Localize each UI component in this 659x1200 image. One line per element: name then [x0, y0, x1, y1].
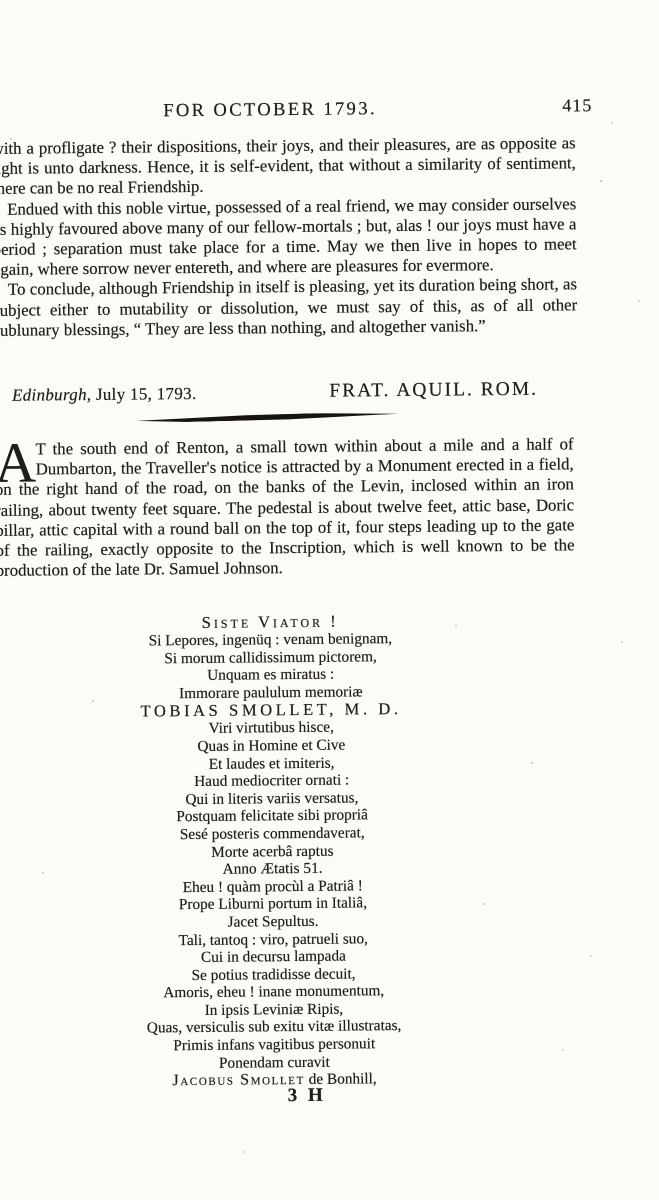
scan-noise — [0, 0, 2, 2]
dateline-date: July 15, 1793. — [91, 384, 196, 404]
author-signature: FRAT. AQUIL. ROM. — [329, 379, 538, 403]
paragraph: with a profligate ? their dispositions, … — [0, 133, 576, 199]
paragraph: To conclude, although Friendship in itse… — [0, 275, 577, 341]
press-signature-mark: 3 H — [1, 1082, 613, 1110]
dateline-place: Edinburgh, — [12, 385, 92, 405]
monument-article: AT the south end of Renton, a small town… — [0, 434, 575, 581]
section-divider-rule — [136, 411, 398, 423]
magazine-page: FOR OCTOBER 1793. 415 with a profligate … — [0, 0, 659, 1200]
article-opening-text: T the south end of Renton, a small town … — [0, 434, 575, 580]
friendship-article: with a profligate ? their dispositions, … — [0, 133, 577, 341]
page-number: 415 — [562, 95, 592, 116]
latin-inscription: Siste Viator ! Si Lepores, ingenüq : ven… — [0, 610, 549, 1092]
running-title: FOR OCTOBER 1793. — [163, 99, 377, 122]
paragraph: Endued with this noble virtue, possessed… — [0, 194, 577, 280]
paragraph: AT the south end of Renton, a small town… — [0, 434, 575, 581]
page-content: FOR OCTOBER 1793. 415 with a profligate … — [0, 0, 602, 1200]
drop-cap: A — [0, 440, 32, 480]
signature-row: Edinburgh, July 15, 1793. FRAT. AQUIL. R… — [0, 378, 578, 408]
dateline: Edinburgh, July 15, 1793. — [12, 384, 197, 406]
